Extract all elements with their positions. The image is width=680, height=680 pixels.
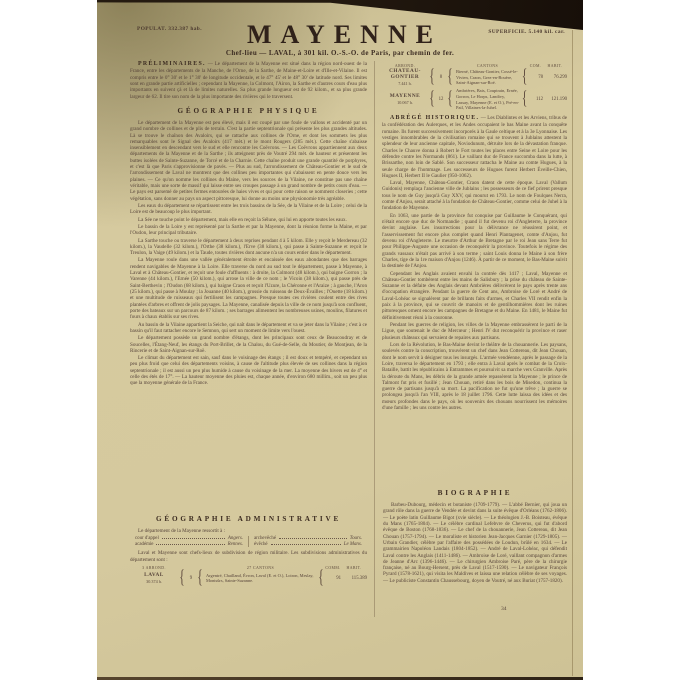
right-column: ARROND. CANTONS COM. HABIT. CHATEAU-GONT… <box>374 61 567 617</box>
biographie-section: BIOGRAPHIE Barbeu-Dubourg, médecin et bo… <box>383 489 567 585</box>
table-row: LAVAL30.374 h. { 9 { Argentré, Chailland… <box>130 571 367 586</box>
abrege-historique-heading: ABRÉGÉ HISTORIQUE. <box>390 115 479 121</box>
two-column-body: PRÉLIMINAIRES. — Le département de la Ma… <box>130 61 567 617</box>
paragraph: Laval, Mayenne, Château-Gontier, Craon d… <box>382 180 567 212</box>
brace-glyph: { <box>447 68 453 87</box>
canton-count: 8 <box>436 75 446 80</box>
jurisdictions-group: archevêchéTours. évêchéLe Mans. <box>248 536 367 547</box>
jurisdiction-item: cour d'appelAngers. <box>135 536 243 541</box>
left-column: PRÉLIMINAIRES. — Le département de la Ma… <box>130 61 374 617</box>
jurisdiction-label: archevêché <box>254 536 276 541</box>
page-content: POPULAT. 332.387 hab. MAYENNE SUPERFICIE… <box>97 0 583 680</box>
arrondissement-name: MAYENNE10.067 h. <box>382 94 428 105</box>
arrondissement-name: CHATEAU-GONTIER7.441 h. <box>382 69 428 86</box>
preliminaires-heading: PRÉLIMINAIRES. <box>138 61 206 67</box>
header-cantons: 27 CANTONS <box>204 566 317 570</box>
dot-leader <box>279 538 347 539</box>
cantons-list: Bierné, Château-Gontier, Cossé-le-Vivien… <box>454 69 521 86</box>
paragraph: La Sée ne touche point le département, m… <box>130 217 367 223</box>
jurisdiction-item: académieRennes. <box>135 542 243 547</box>
chef-lieu-line: Chef-lieu — LAVAL, à 301 kil. O.-S.-O. d… <box>97 49 583 57</box>
jurisdictions-group: cour d'appelAngers. académieRennes. <box>130 536 248 547</box>
paragraph: Les eaux du département se répartissent … <box>130 203 367 216</box>
header-hab: HABIT. <box>543 64 567 68</box>
paragraph: Le bassin de la Loire y est représenté p… <box>130 224 367 237</box>
jurisdiction-value: Angers. <box>228 536 243 541</box>
table-header: 3 ARROND. 27 CANTONS COMM. HABIT. <box>130 566 367 570</box>
superficie-stat: SUPERFICIE. 5.140 kil. car. <box>488 29 565 35</box>
preliminaires-paragraph: PRÉLIMINAIRES. — Le département de la Ma… <box>130 61 367 100</box>
jurisdiction-value: Le Mans. <box>344 542 362 547</box>
paragraph: Le département possède un grand nombre d… <box>130 335 367 354</box>
cantons-list: Ambrières, Bais, Couptrain, Ernée, Gorro… <box>454 88 521 111</box>
geographie-administrative-section: GÉOGRAPHIE ADMINISTRATIVE Le département… <box>130 515 367 590</box>
communes-count: 112 <box>528 97 543 102</box>
biographie-text: Barbeu-Dubourg, médecin et botaniste (17… <box>383 502 567 584</box>
jurisdiction-label: cour d'appel <box>135 536 159 541</box>
geographie-administrative-heading: GÉOGRAPHIE ADMINISTRATIVE <box>130 515 367 523</box>
brace-glyph: { <box>429 90 435 109</box>
paragraph: La Sarthe touche ou traverse le départem… <box>130 238 367 257</box>
communes-count: 78 <box>528 75 543 80</box>
ga-intro: Le département de la Mayenne ressortit à… <box>130 528 367 534</box>
header-hab: HABIT. <box>341 566 367 570</box>
dot-leader <box>162 538 225 539</box>
arrondissements-table: ARROND. CANTONS COM. HABIT. CHATEAU-GONT… <box>382 64 567 111</box>
page-title: MAYENNE <box>97 20 583 50</box>
habitants-count: 76.299 <box>543 75 567 80</box>
dot-leader <box>156 544 224 545</box>
subdivisions-table: 3 ARROND. 27 CANTONS COMM. HABIT. LAVAL3… <box>130 566 367 586</box>
paragraph: Cependant les Anglais avaient envahi la … <box>382 271 567 322</box>
arrondissement-name: LAVAL30.374 h. <box>130 573 178 584</box>
ga-note: Laval et Mayenne sont chefs-lieux de sub… <box>130 550 367 563</box>
canton-count: 9 <box>186 576 196 581</box>
habitants-count: 115.389 <box>341 576 367 581</box>
brace-glyph: { <box>429 68 435 87</box>
page-number: 34 <box>501 606 507 612</box>
brace-glyph: { <box>522 90 527 109</box>
book-photo: POPULAT. 332.387 hab. MAYENNE SUPERFICIE… <box>97 0 583 680</box>
jurisdiction-label: évêché <box>254 542 268 547</box>
jurisdiction-item: archevêchéTours. <box>254 536 362 541</box>
brace-glyph: { <box>522 68 527 87</box>
jurisdiction-label: académie <box>135 542 153 547</box>
brace-glyph: { <box>179 569 185 588</box>
paragraph: Lors de la Révolution, le Bas-Maine devi… <box>382 342 567 411</box>
paragraph: La Mayenne roule dans une vallée général… <box>130 257 367 320</box>
cantons-list: Argentré, Chailland, Évron, Laval (E. et… <box>204 573 317 584</box>
jurisdiction-item: évêchéLe Mans. <box>254 542 362 547</box>
brace-glyph: { <box>318 569 324 588</box>
paragraph: Au bassin de la Vilaine appartient la Se… <box>130 322 367 335</box>
header-cantons: CANTONS <box>454 64 521 68</box>
header-com: COM. <box>528 64 543 68</box>
abrege-intro-text: — Les Diablintes et les Arviens, tribus … <box>382 115 567 179</box>
geographie-physique-heading: GÉOGRAPHIE PHYSIQUE <box>130 107 367 115</box>
paragraph: Pendant les guerres de religion, les vil… <box>382 322 567 341</box>
jurisdiction-value: Tours. <box>350 536 362 541</box>
brace-glyph: { <box>197 569 203 588</box>
jurisdiction-value: Rennes. <box>228 542 243 547</box>
table-row: CHATEAU-GONTIER7.441 h. { 8 { Bierné, Ch… <box>382 69 567 86</box>
jurisdictions-list: cour d'appelAngers. académieRennes. arch… <box>130 536 367 547</box>
biographie-heading: BIOGRAPHIE <box>383 489 567 497</box>
header-com: COMM. <box>325 566 341 570</box>
habitants-count: 121.190 <box>543 97 567 102</box>
paragraph: En 1063, une partie de la province fut c… <box>382 213 567 270</box>
table-row: MAYENNE10.067 h. { 12 { Ambrières, Bais,… <box>382 88 567 111</box>
paragraph: Le département de la Mayenne est peu éle… <box>130 120 367 202</box>
dot-leader <box>271 544 341 545</box>
canton-count: 12 <box>436 97 446 102</box>
header-arrond: 3 ARROND. <box>130 566 178 570</box>
brace-glyph: { <box>447 90 453 109</box>
paragraph: Le climat du département est sain, sauf … <box>130 355 367 387</box>
communes-count: 91 <box>325 576 341 581</box>
abrege-historique-paragraph: ABRÉGÉ HISTORIQUE. — Les Diablintes et l… <box>382 115 567 179</box>
